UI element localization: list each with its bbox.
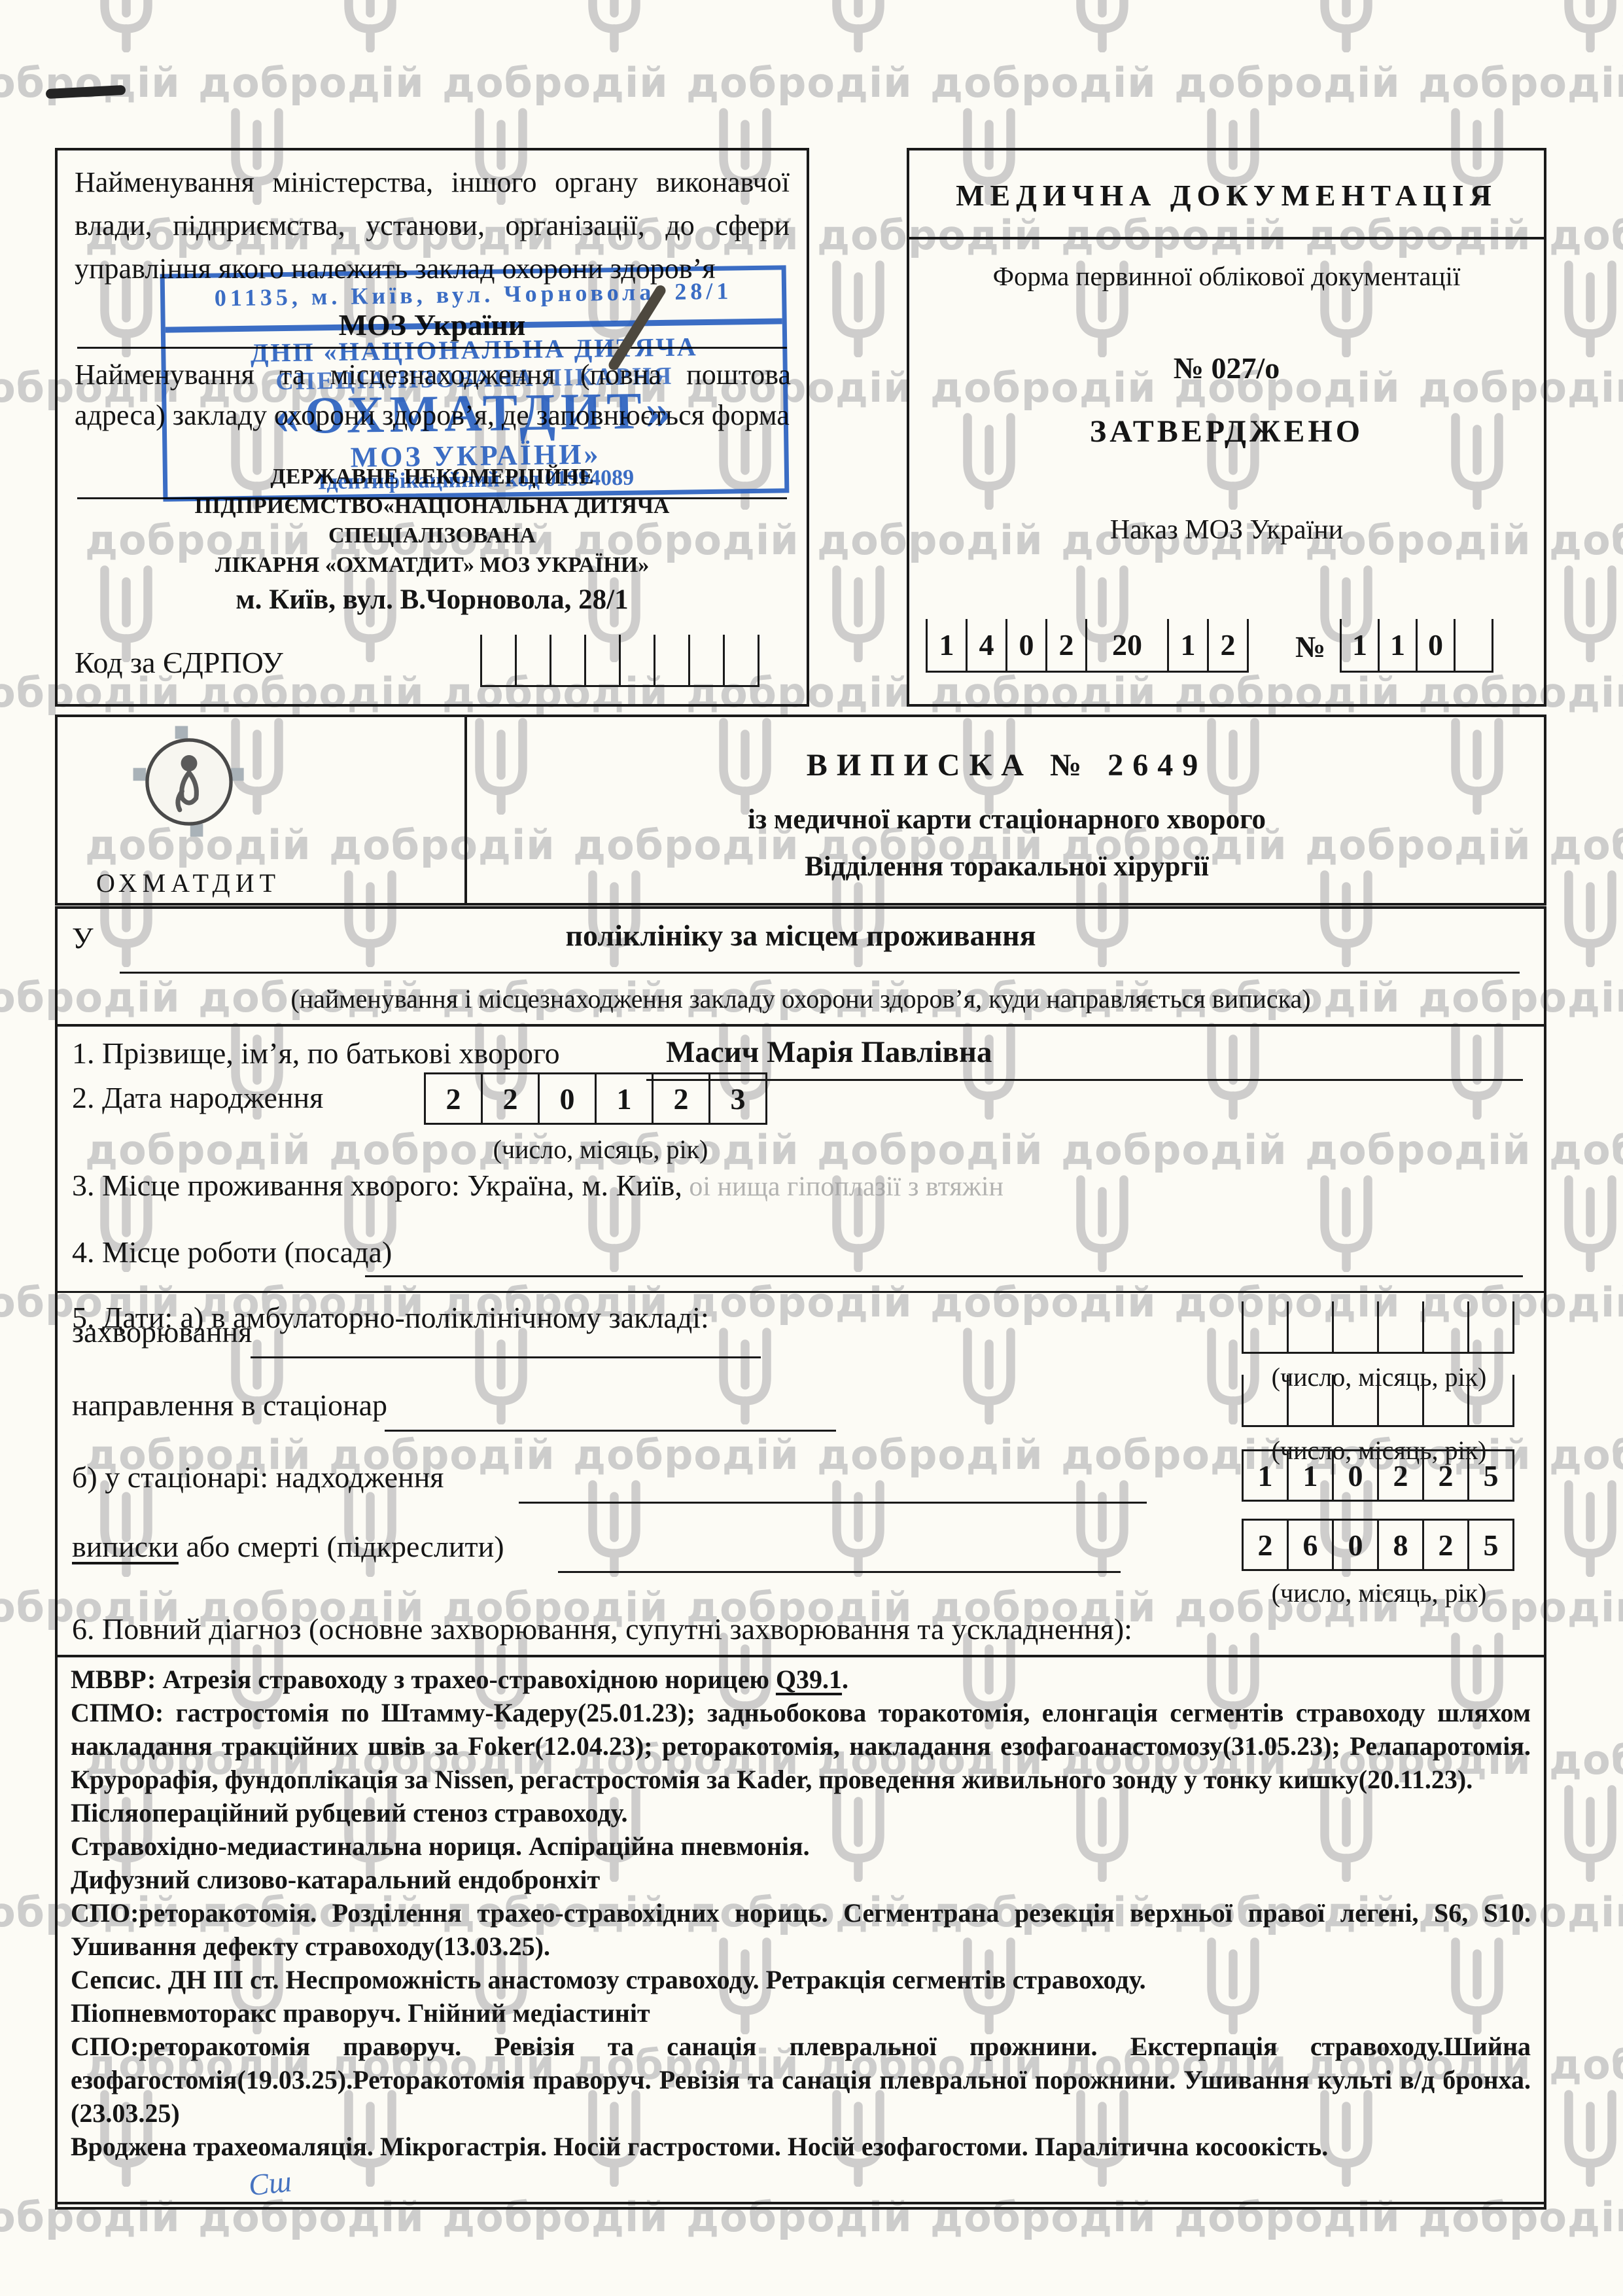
diagnosis-prefix: МВВР: Атрезія стравоходу з трахео-страво… xyxy=(71,1665,776,1694)
to-hint: (найменування і місцезнаходження закладу… xyxy=(58,983,1544,1014)
diagnosis-suffix: . xyxy=(842,1665,848,1694)
field5d-rest: або смерті (підкреслити) xyxy=(179,1530,504,1563)
admission-date-cells: 110225 xyxy=(1242,1449,1514,1502)
cell xyxy=(550,635,586,687)
watermark-text: добродій xyxy=(1549,1431,1623,1479)
hospital-stamp: 01135, м. Київ, вул. Чорновола, 28/1 ДНП… xyxy=(160,265,790,501)
order-label: Наказ МОЗ України xyxy=(909,514,1544,546)
cell: 2 xyxy=(481,1072,540,1125)
illness-date-cells xyxy=(1242,1301,1514,1354)
watermark-text: добродій xyxy=(0,59,181,107)
trident-icon xyxy=(1071,0,1134,52)
handwriting-mark: Сш xyxy=(247,2164,293,2203)
field5c-label: б) у стаціонарі: надходження xyxy=(72,1460,444,1494)
cell xyxy=(1422,1301,1469,1354)
watermark-text: добродій xyxy=(1549,211,1623,259)
staple-mark xyxy=(46,85,126,99)
field1-underline xyxy=(646,1079,1523,1081)
watermark-text: добродій xyxy=(1549,516,1623,564)
trident-icon xyxy=(1315,0,1378,52)
cell xyxy=(584,635,621,687)
trident-icon xyxy=(1559,869,1622,967)
trident-icon xyxy=(827,564,890,662)
cell xyxy=(1377,1375,1424,1427)
cell: 2 xyxy=(1422,1519,1469,1571)
vypyska-subtitle-1: із медичної карти стаціонарного хворого xyxy=(464,804,1549,836)
bleed-through-text: оі нища гіпоплазії з втяжін xyxy=(682,1172,1003,1202)
cell xyxy=(1377,1301,1424,1354)
trident-icon xyxy=(1559,564,1622,662)
stamp-address: 01135, м. Київ, вул. Чорновола, 28/1 xyxy=(165,276,782,312)
cell: 2 xyxy=(424,1072,483,1125)
cell: 1 xyxy=(1378,619,1418,673)
diagnosis-text: СПМО: гастростомія по Штамму-Кадеру(25.0… xyxy=(71,1696,1531,2163)
watermark-text: добродій xyxy=(1549,2041,1623,2089)
text-line: СПО:реторакотомія. Розділення трахео-стр… xyxy=(71,1896,1531,1963)
cell: 2 xyxy=(1242,1519,1289,1571)
cell: 0 xyxy=(1005,619,1047,673)
header-box: ОХМАТДИТ ВИПИСКА № 2649 із медичної карт… xyxy=(55,715,1546,906)
discharge-word: виписки xyxy=(72,1530,179,1563)
icd-code: Q39.1 xyxy=(776,1665,842,1694)
cell: 0 xyxy=(1332,1519,1379,1571)
cell xyxy=(654,635,690,687)
divider xyxy=(55,1024,1546,1027)
cell: 5 xyxy=(1467,1449,1514,1502)
med-doc-title: МЕДИЧНА ДОКУМЕНТАЦІЯ xyxy=(909,178,1544,213)
trident-icon xyxy=(339,0,402,52)
cell: 0 xyxy=(538,1072,597,1125)
discharge-date-cells: 260825 xyxy=(1242,1519,1514,1571)
field4-underline xyxy=(365,1275,1523,1277)
field5d-label: виписки або смерті (підкреслити) xyxy=(72,1529,504,1564)
text-line: Піопневмоторакс праворуч. Гнійний медіас… xyxy=(71,1996,1531,2030)
watermark-text: добродій xyxy=(1549,1126,1623,1174)
field5a-underline xyxy=(251,1356,761,1358)
text-line: Стравохідно-медиастинальна нориця. Аспір… xyxy=(71,1829,1531,1863)
cell: 2 xyxy=(1045,619,1087,673)
cell: 1 xyxy=(595,1072,654,1125)
form-number: № 027/о xyxy=(909,351,1544,385)
trident-icon xyxy=(95,0,158,52)
trident-icon xyxy=(1559,2089,1622,2187)
okhmatdyt-logo-icon xyxy=(131,724,247,840)
cell xyxy=(1467,1301,1514,1354)
ministry-box: Найменування міністерства, іншого органу… xyxy=(55,148,809,707)
text-line: СПЕЦІАЛІЗОВАНА xyxy=(58,521,807,550)
field5b-label: направлення в стаціонар xyxy=(72,1388,387,1422)
field5b-underline xyxy=(385,1430,836,1432)
vypyska-title: ВИПИСКА № 2649 xyxy=(464,747,1549,783)
diagnosis-box: МВВР: Атрезія стравоходу з трахео-страво… xyxy=(55,1655,1546,2210)
trident-icon xyxy=(1559,1479,1622,1577)
watermark-text: добродій xyxy=(442,59,669,107)
cell xyxy=(688,635,725,687)
date-hint: (число, місяць, рік) xyxy=(1225,1578,1533,1608)
cell: 2 xyxy=(1422,1449,1469,1502)
cell xyxy=(1422,1375,1469,1427)
text-line: Дифузний слизово-катаральний ендобронхіт xyxy=(71,1863,1531,1896)
order-date-cells: 14022012 xyxy=(926,619,1249,673)
cell xyxy=(1287,1301,1334,1354)
cell: 3 xyxy=(708,1072,767,1125)
cell: 1 xyxy=(1242,1449,1289,1502)
text-line: Вроджена трахеомаляція. Мікрогастрія. Но… xyxy=(71,2130,1531,2163)
field2-label: 2. Дата народження xyxy=(72,1080,323,1115)
patient-name: Масич Марія Павлівна xyxy=(666,1034,992,1070)
form-box: У поліклініку за місцем проживання (найм… xyxy=(55,906,1546,2204)
cell xyxy=(480,635,517,687)
field6-label: 6. Повний діагноз (основне захворювання,… xyxy=(72,1612,1531,1646)
field4-label: 4. Місце роботи (посада) xyxy=(72,1235,392,1269)
cell: 1 xyxy=(1167,619,1209,673)
watermark-text: добродій xyxy=(1174,59,1401,107)
cell: 2 xyxy=(1207,619,1249,673)
cell xyxy=(1242,1301,1289,1354)
edrpou-label: Код за ЄДРПОУ xyxy=(75,645,283,680)
trident-icon xyxy=(583,0,646,52)
watermark-text: добродій xyxy=(198,59,425,107)
stamp-rule xyxy=(166,318,782,332)
diagnosis-line-1: МВВР: Атрезія стравоходу з трахео-страво… xyxy=(71,1663,1531,1696)
text-line: СПМО: гастростомія по Штамму-Кадеру(25.0… xyxy=(71,1696,1531,1796)
order-number-cells: 110 xyxy=(1340,619,1493,673)
divider xyxy=(55,1291,1546,1293)
trident-icon xyxy=(1559,1784,1622,1882)
number-sign: № xyxy=(1295,629,1325,664)
cell: 1 xyxy=(1340,619,1380,673)
field3-label: 3. Місце проживання хворого: Україна, м.… xyxy=(72,1168,1003,1203)
text-line: ЛІКАРНЯ «ОХМАТДИТ» МОЗ УКРАЇНИ» xyxy=(58,550,807,580)
field1-label: 1. Прізвище, ім’я, по батькові хворого xyxy=(72,1036,560,1070)
cell: 4 xyxy=(966,619,1007,673)
med-doc-subtitle: Форма первинної облікової документації xyxy=(909,260,1544,292)
cell: 8 xyxy=(1377,1519,1424,1571)
cell: 1 xyxy=(1287,1449,1334,1502)
cell xyxy=(1287,1375,1334,1427)
approved-label: ЗАТВЕРДЖЕНО xyxy=(909,414,1544,450)
text-line: Післяопераційний рубцевий стеноз стравох… xyxy=(71,1796,1531,1829)
referral-date-cells xyxy=(1242,1375,1514,1427)
watermark-text: добродій xyxy=(1418,59,1623,107)
logo-caption: ОХМАТДИТ xyxy=(71,868,306,898)
field5a-label: захворювання xyxy=(72,1315,252,1349)
cell xyxy=(515,635,551,687)
cell: 20 xyxy=(1085,619,1169,673)
cell xyxy=(1242,1375,1289,1427)
cell: 0 xyxy=(1332,1449,1379,1502)
cell: 2 xyxy=(1377,1449,1424,1502)
birth-date-cells: 220123 xyxy=(424,1072,767,1125)
facility-address: м. Київ, вул. В.Чорновола, 28/1 xyxy=(58,584,807,616)
to-value: поліклініку за місцем проживання xyxy=(58,918,1544,953)
med-doc-box: МЕДИЧНА ДОКУМЕНТАЦІЯ Форма первинної обл… xyxy=(907,148,1546,707)
vypyska-subtitle-2: Відділення торакальної хірургії xyxy=(464,851,1549,883)
birth-date-hint: (число, місяць, рік) xyxy=(424,1134,777,1165)
cell xyxy=(723,635,759,687)
field5d-underline xyxy=(558,1571,1121,1573)
trident-icon xyxy=(1559,259,1622,357)
cell: 0 xyxy=(1416,619,1456,673)
cell xyxy=(619,635,655,687)
watermark-text: добродій xyxy=(930,59,1157,107)
text-line: Сепсис. ДН ІІІ ст. Неспроможність анасто… xyxy=(71,1963,1531,1996)
field5c-underline xyxy=(519,1502,1147,1504)
cell xyxy=(1454,619,1493,673)
cell: 1 xyxy=(926,619,968,673)
cell xyxy=(1467,1375,1514,1427)
field3-text: 3. Місце проживання хворого: Україна, м.… xyxy=(72,1169,682,1202)
trident-icon xyxy=(1559,1174,1622,1272)
cell xyxy=(1332,1375,1379,1427)
trident-icon xyxy=(827,259,890,357)
cell xyxy=(1332,1301,1379,1354)
cell: 2 xyxy=(652,1072,710,1125)
watermark-text: добродій xyxy=(686,59,913,107)
med-doc-rule xyxy=(909,237,1544,239)
watermark-text: добродій xyxy=(1549,1736,1623,1784)
cell: 5 xyxy=(1467,1519,1514,1571)
to-underline xyxy=(120,972,1520,974)
text-line: СПО:реторакотомія праворуч. Ревізія та с… xyxy=(71,2030,1531,2130)
watermark-text: добродій xyxy=(1549,821,1623,869)
trident-icon xyxy=(827,0,890,52)
trident-icon xyxy=(1559,0,1622,52)
edrpou-cells xyxy=(480,635,759,687)
cell: 6 xyxy=(1287,1519,1334,1571)
